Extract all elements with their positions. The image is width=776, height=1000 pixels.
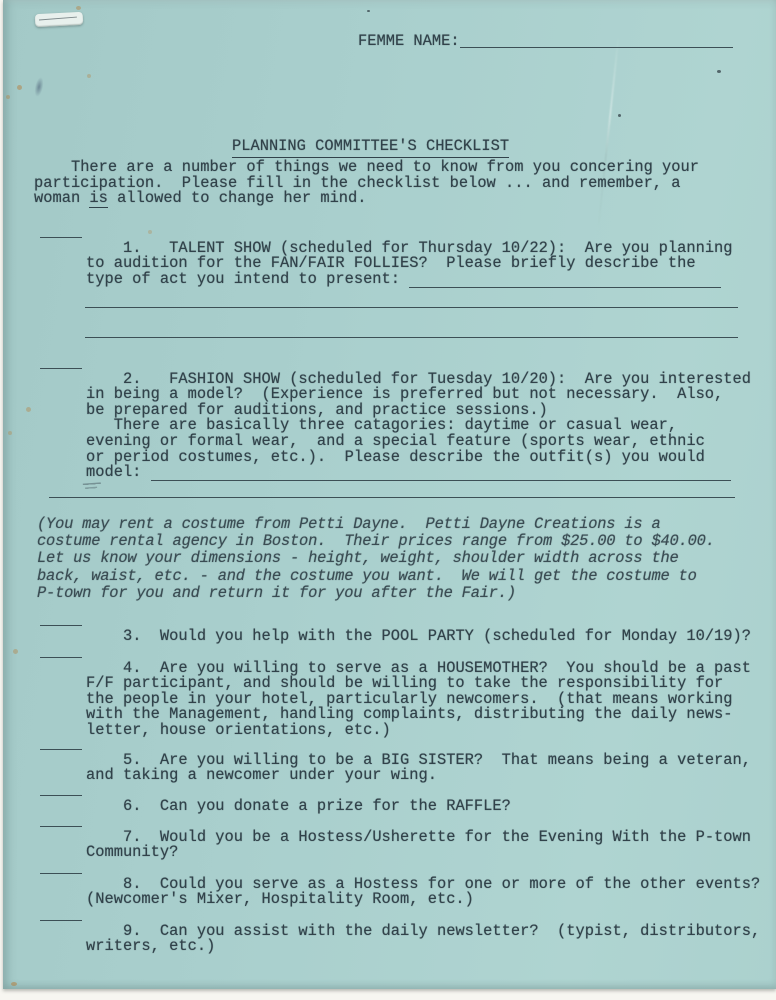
femme-name-row: FEMME NAME:: [358, 34, 733, 50]
femme-name-blank-line: [460, 47, 733, 48]
item-5-text: 5. Are you willing to be a BIG SISTER? T…: [86, 751, 751, 785]
foxing-stain: [87, 74, 91, 78]
foxing-stain: [26, 407, 31, 412]
ink-speck: [367, 10, 370, 12]
answer-blank-3: [40, 625, 82, 626]
item-2-text: 2. FASHION SHOW (scheduled for Tuesday 1…: [86, 370, 751, 482]
item-9-text: 9. Can you assist with the daily newslet…: [86, 922, 760, 956]
answer-rule-line: [85, 307, 738, 308]
costume-rental-note: (You may rent a costume from Petti Dayne…: [37, 516, 776, 602]
ink-speck: [618, 114, 621, 117]
intro-text-2: allowed to change her mind.: [108, 189, 367, 207]
page-title-text: PLANNING COMMITTEE'S CHECKLIST: [232, 137, 509, 158]
item-8-text: 8. Could you serve as a Hostess for one …: [86, 875, 760, 909]
answer-blank-6: [40, 795, 82, 796]
item-4-text: 4. Are you willing to serve as a HOUSEMO…: [86, 659, 751, 739]
model-outfit-answer-line: [151, 480, 731, 481]
foxing-stain: [11, 982, 17, 986]
intro-underlined-word: is: [89, 189, 107, 208]
foxing-stain: [6, 95, 10, 99]
answer-blank-5: [40, 749, 82, 750]
answer-rule-line: [85, 337, 738, 338]
item-1-text: 1. TALENT SHOW (scheduled for Thursday 1…: [86, 239, 733, 288]
foxing-stain: [8, 431, 12, 435]
scanned-document-page: { "colors": { "paper": "#a9cfcd", "ink":…: [0, 0, 776, 1000]
checklist-item-1: 1. TALENT SHOW (scheduled for Thursday 1…: [86, 225, 766, 303]
intro-paragraph: There are a number of things we need to …: [34, 160, 734, 207]
checklist-item-9: 9. Can you assist with the daily newslet…: [86, 908, 766, 970]
foxing-stain: [76, 6, 81, 10]
staple-mark: [35, 12, 84, 27]
ink-smudge: [33, 76, 45, 97]
ink-speck: [717, 70, 721, 73]
page-title: PLANNING COMMITTEE'S CHECKLIST: [232, 139, 509, 155]
item-6-text: 6. Can you donate a prize for the RAFFLE…: [123, 797, 511, 815]
answer-rule-line: [49, 497, 735, 498]
answer-blank-4: [40, 657, 82, 658]
answer-blank-9: [40, 920, 82, 921]
answer-blank-7: [40, 826, 82, 827]
item-3-text: 3. Would you help with the POOL PARTY (s…: [123, 627, 751, 645]
femme-name-label: FEMME NAME:: [358, 32, 460, 50]
foxing-stain: [13, 649, 18, 654]
checklist-item-2: 2. FASHION SHOW (scheduled for Tuesday 1…: [86, 356, 766, 496]
blue-paper-sheet: FEMME NAME: PLANNING COMMITTEE'S CHECKLI…: [3, 0, 776, 989]
foxing-stain: [17, 85, 22, 90]
answer-blank-1: [40, 237, 82, 238]
answer-blank-8: [40, 873, 82, 874]
answer-blank-2: [40, 368, 82, 369]
talent-act-answer-line: [409, 287, 721, 288]
item-7-text: 7. Would you be a Hostess/Usherette for …: [86, 828, 751, 862]
